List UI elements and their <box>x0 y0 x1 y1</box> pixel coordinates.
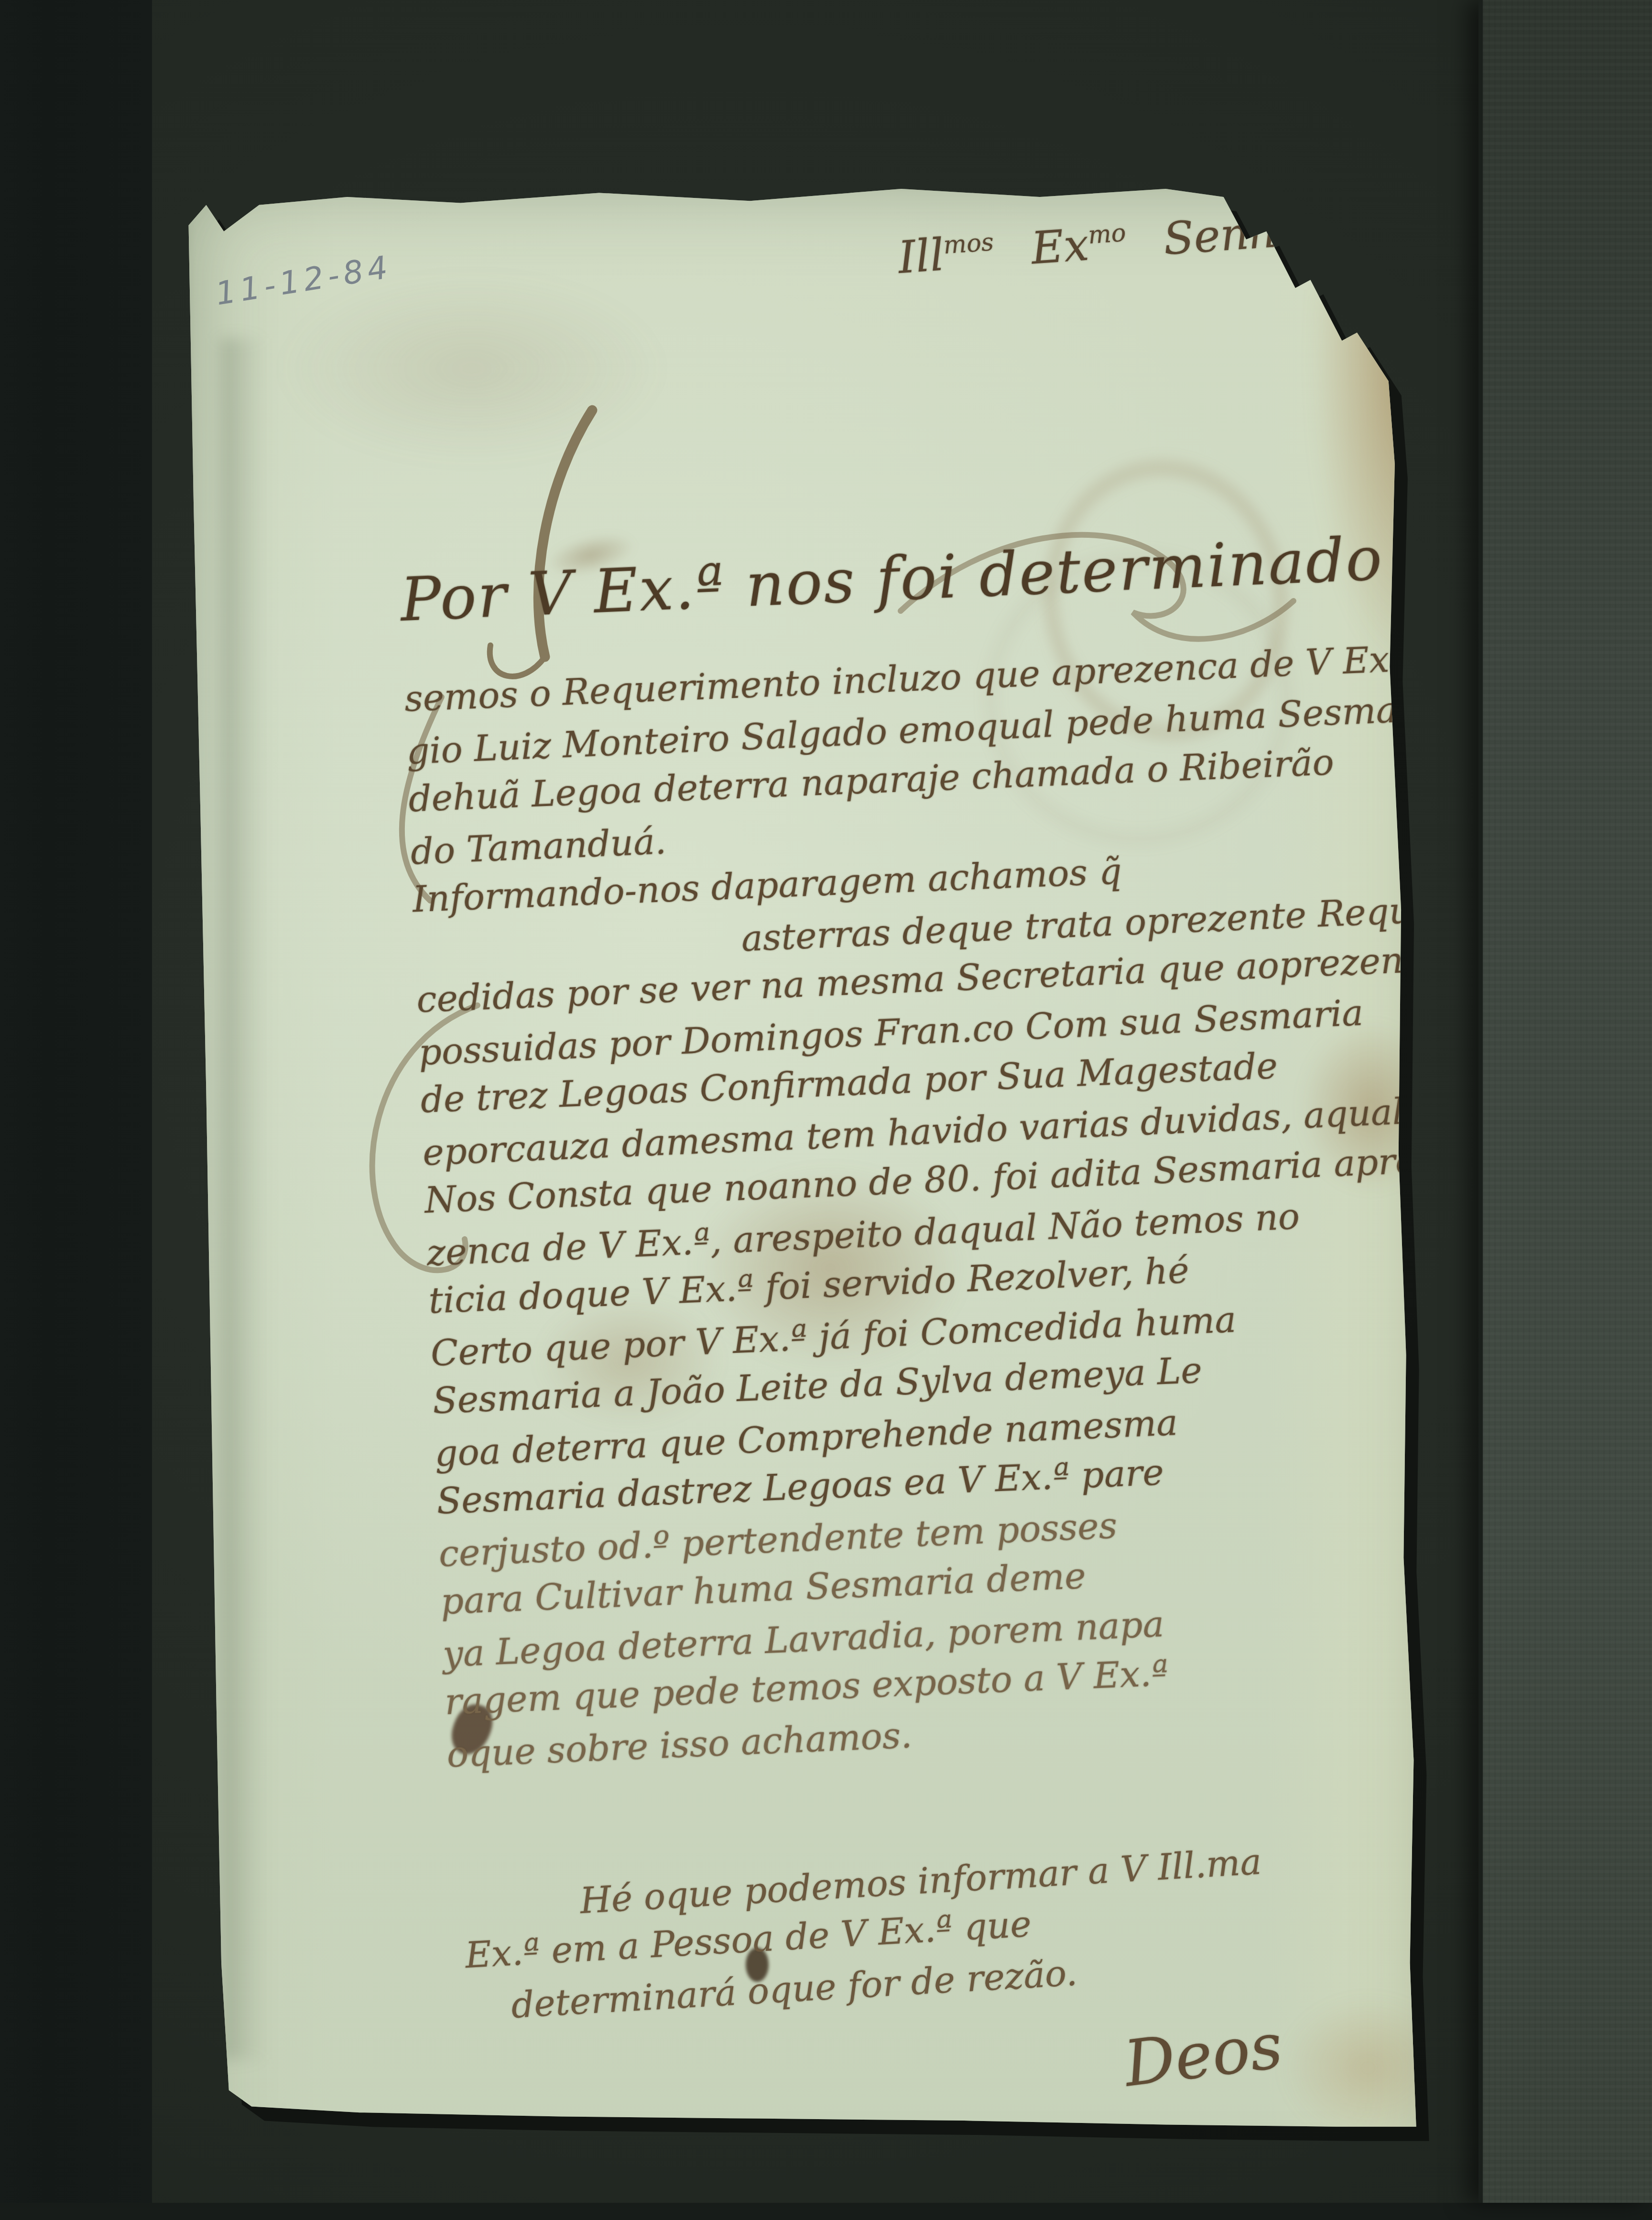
backing-board-right-band <box>1478 0 1652 2203</box>
manuscript-page: 11-12-84 Illmos Exmo Senhor Por V Ex.ª n… <box>184 181 1443 2203</box>
backing-board-left-strip <box>0 0 152 2203</box>
body-text: Por V Ex.ª nos foi determinado in forma … <box>399 511 1508 1777</box>
salutation-superscript: mos <box>943 229 995 261</box>
salutation-word: Ill <box>896 230 946 284</box>
salutation-superscript: mo <box>1087 219 1127 250</box>
salutation-word: Ex <box>1030 219 1091 275</box>
archive-photo: 11-12-84 Illmos Exmo Senhor Por V Ex.ª n… <box>0 0 1652 2203</box>
